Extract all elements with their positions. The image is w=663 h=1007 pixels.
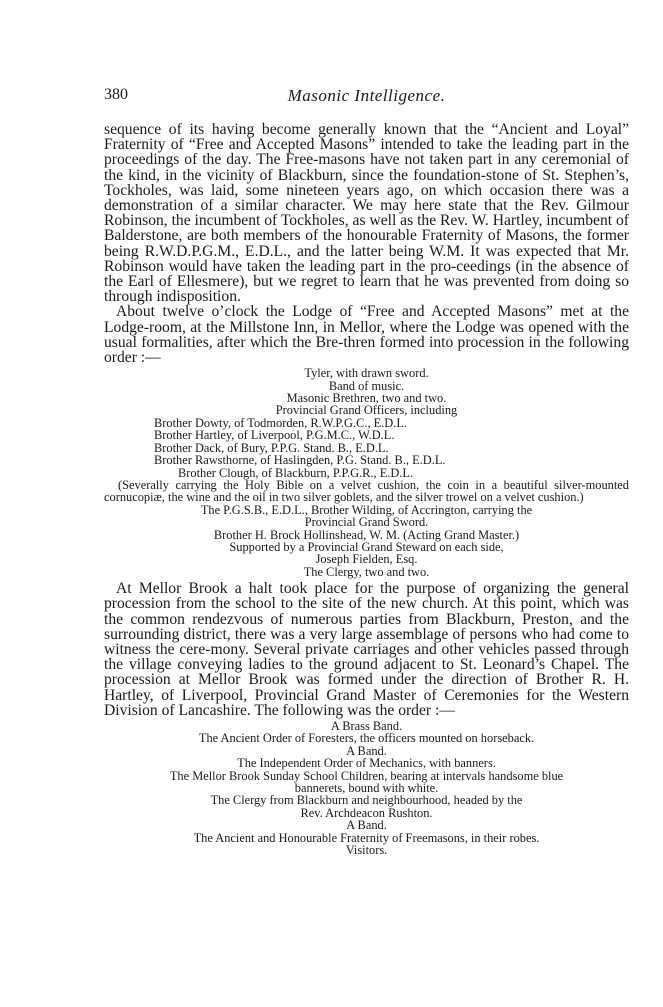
procession-item: The Ancient Order of Foresters, the offi… xyxy=(104,732,629,744)
general-procession-order: A Brass Band. The Ancient Order of Fores… xyxy=(104,720,629,856)
procession-item: Joseph Fielden, Esq. xyxy=(104,553,629,565)
procession-item: Visitors. xyxy=(104,844,629,856)
running-title: Masonic Intelligence. xyxy=(104,86,629,106)
paragraph-1: sequence of its having become generally … xyxy=(104,122,629,304)
page: 380 Masonic Intelligence. sequence of it… xyxy=(104,86,629,859)
procession-item: Tyler, with drawn sword. xyxy=(104,367,629,379)
paragraph-2: About twelve o’clock the Lodge of “Free … xyxy=(104,304,629,365)
procession-item: A Band. xyxy=(104,819,629,831)
procession-item: Provincial Grand Officers, including xyxy=(104,404,629,416)
paragraph-3: At Mellor Brook a halt took place for th… xyxy=(104,581,629,718)
procession-item: The Clergy from Blackburn and neighbourh… xyxy=(104,794,629,806)
procession-item: The Independent Order of Mechanics, with… xyxy=(104,757,629,769)
officer-item: Brother Rawsthorne, of Haslingden, P.G. … xyxy=(104,454,629,466)
procession-item: The Clergy, two and two. xyxy=(104,566,629,578)
officer-item: Brother Hartley, of Liverpool, P.G.M.C.,… xyxy=(104,429,629,441)
procession-item: Provincial Grand Sword. xyxy=(104,516,629,528)
procession-note: (Severally carrying the Holy Bible on a … xyxy=(104,479,629,504)
article-body: sequence of its having become generally … xyxy=(104,122,629,856)
lodge-procession-order: Tyler, with drawn sword. Band of music. … xyxy=(104,367,629,578)
page-header: 380 Masonic Intelligence. xyxy=(104,86,629,110)
